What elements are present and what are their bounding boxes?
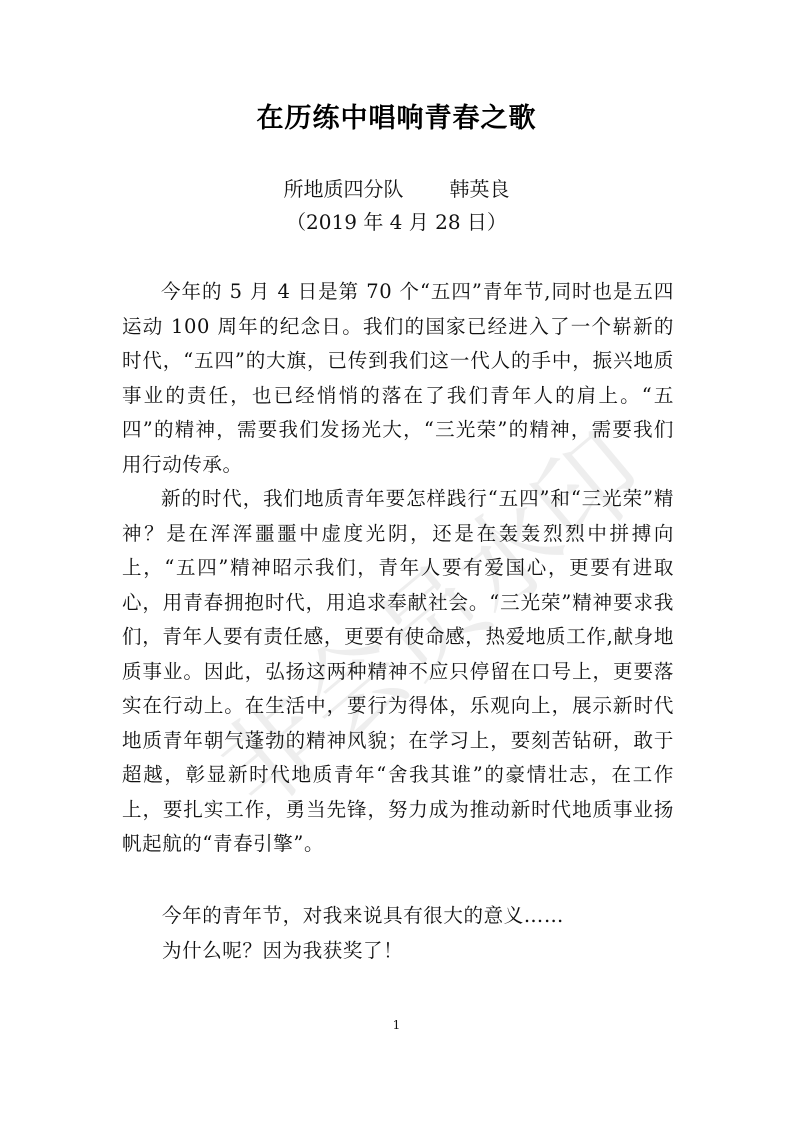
paragraph: 新的时代，我们地质青年要怎样践行“五四”和“三光荣”精神？是在浑浑噩噩中虚度光阴… <box>122 482 674 862</box>
byline: 所地质四分队韩英良 <box>0 173 793 202</box>
document-title: 在历练中唱响青春之歌 <box>0 96 793 135</box>
page-number: 1 <box>0 1018 793 1032</box>
paragraph: 今年的 5 月 4 日是第 70 个“五四”青年节,同时也是五四运动 100 周… <box>122 275 674 482</box>
document-page: 非会员水印 在历练中唱响青春之歌 所地质四分队韩英良 （2019 年 4 月 2… <box>0 0 793 1122</box>
closing-line: 为什么呢？因为我获奖了！ <box>162 933 564 968</box>
author-name: 韩英良 <box>450 177 510 201</box>
body-text: 今年的 5 月 4 日是第 70 个“五四”青年节,同时也是五四运动 100 周… <box>122 275 674 862</box>
author-unit: 所地质四分队 <box>284 177 404 201</box>
closing-lines: 今年的青年节，对我来说具有很大的意义…… 为什么呢？因为我获奖了！ <box>162 898 564 968</box>
document-date: （2019 年 4 月 28 日） <box>0 206 793 235</box>
closing-line: 今年的青年节，对我来说具有很大的意义…… <box>162 898 564 933</box>
